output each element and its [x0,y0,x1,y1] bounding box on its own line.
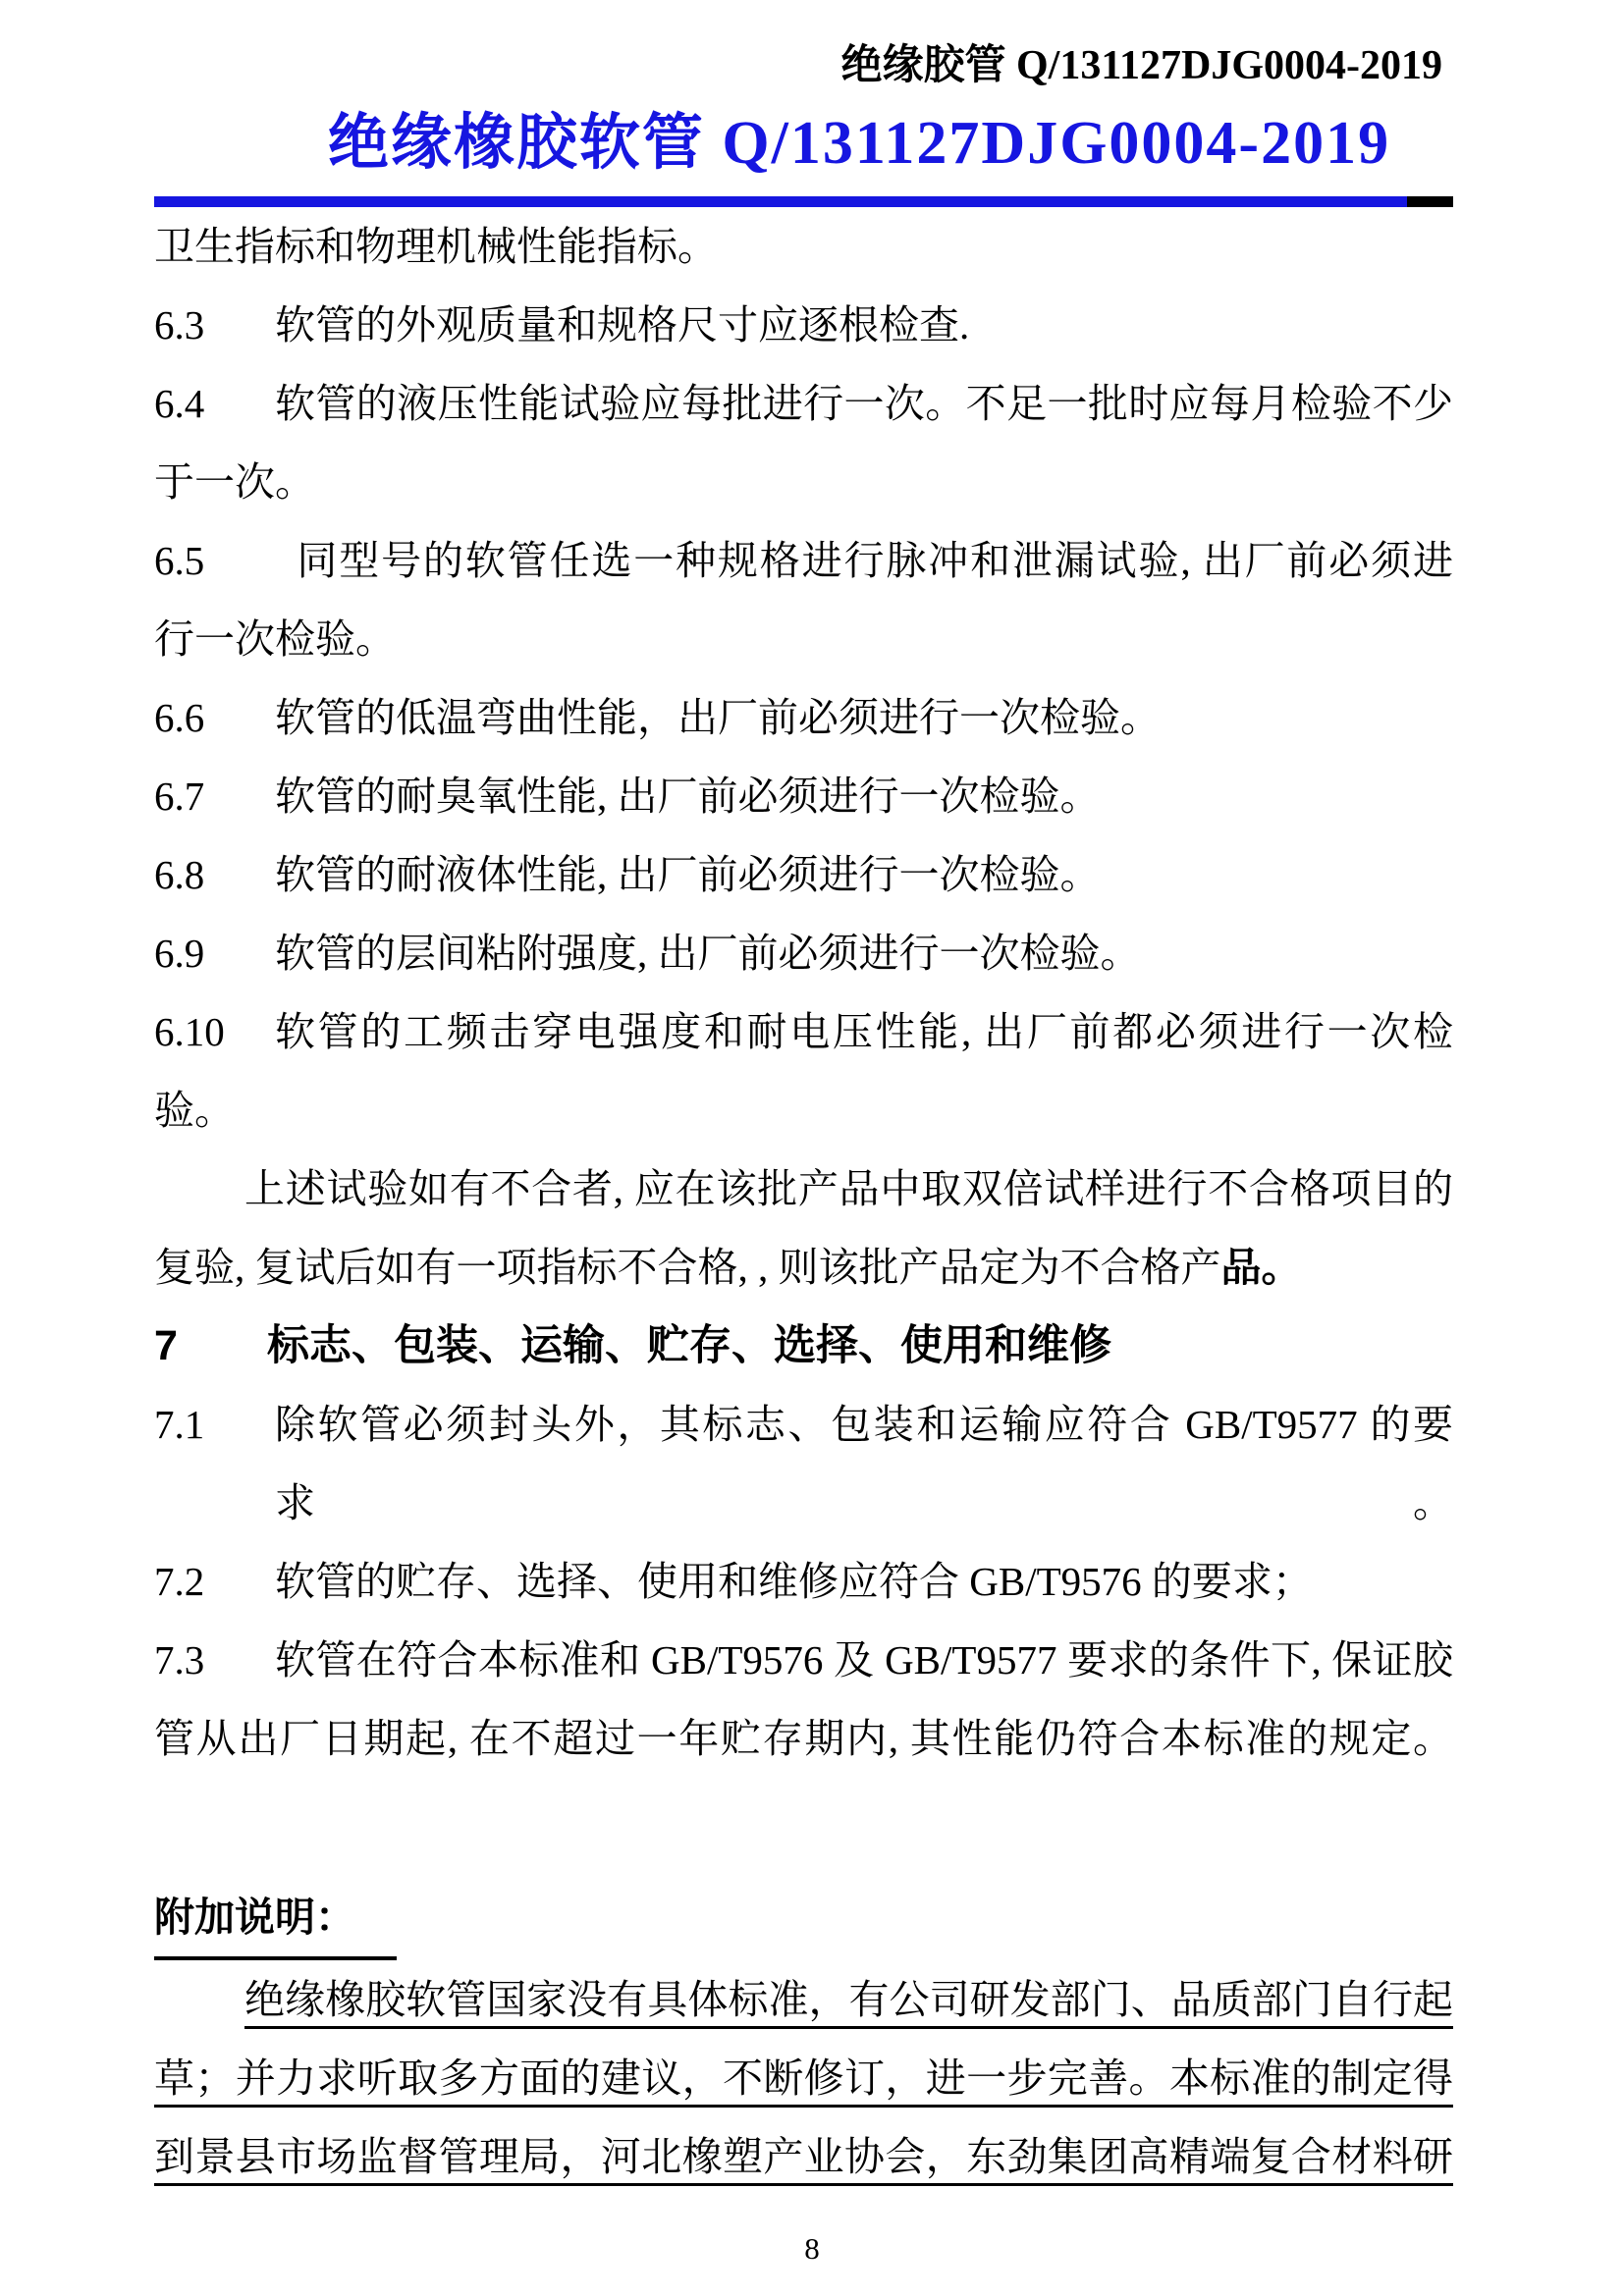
clause-6-9: 6.9 软管的层间粘附强度, 出厂前必须进行一次检验。 [154,914,1453,992]
clause-text: 软管的低温弯曲性能，出厂前必须进行一次检验。 [275,678,1453,757]
clause-6-3: 6.3 软管的外观质量和规格尺寸应逐根检查. [154,286,1453,364]
retest-para-text: 复验, 复试后如有一项指标不合格, , 则该批产品定为不合格产 [154,1245,1221,1290]
clause-number: 6.9 [154,914,275,992]
page-number: 8 [804,2231,820,2266]
doc-title: 绝缘橡胶软管 Q/131127DJG0004-2019 [0,96,1624,190]
clause-text: 软管的贮存、选择、使用和维修应符合 GB/T9576 的要求； [275,1542,1453,1621]
clause-number: 7.2 [154,1542,275,1621]
note-para-line-3: 到景县市场监督管理局，河北橡塑产业协会，东劲集团高精端复合材料研 [154,2117,1453,2196]
clause-6-4-continuation: 于一次。 [154,443,1453,521]
clause-text: 软管的耐液体性能, 出厂前必须进行一次检验。 [275,835,1453,914]
clause-number: 6.7 [154,757,275,835]
document-body: 卫生指标和物理机械性能指标。 6.3 软管的外观质量和规格尺寸应逐根检查. 6.… [154,207,1453,2196]
clause-number: 7.3 [154,1621,275,1699]
section-title: 标志、包装、运输、贮存、选择、使用和维修 [267,1307,1453,1385]
note-para-line-2: 草；并力求听取多方面的建议，不断修订，进一步完善。本标准的制定得 [154,2039,1453,2117]
clause-7-1: 7.1 除软管必须封头外，其标志、包装和运输应符合 GB/T9577 的要求。 [154,1385,1453,1542]
clause-number: 7.1 [154,1385,275,1542]
retest-para-line-1: 上述试验如有不合者, 应在该批产品中取双倍试样进行不合格项目的 [154,1149,1453,1228]
clause-6-10: 6.10 软管的工频击穿电强度和耐电压性能, 出厂前都必须进行一次检 [154,992,1453,1071]
clause-7-2: 7.2 软管的贮存、选择、使用和维修应符合 GB/T9576 的要求； [154,1542,1453,1621]
clause-7-3: 7.3 软管在符合本标准和 GB/T9576 及 GB/T9577 要求的条件下… [154,1621,1453,1699]
clause-6-5: 6.5 同型号的软管任选一种规格进行脉冲和泄漏试验, 出厂前必须进 [154,521,1453,600]
note-heading: 附加说明： [154,1878,1453,1960]
title-rule-blue-segment [154,196,1407,207]
header-doc-ref: 绝缘胶管 Q/131127DJG0004-2019 [0,0,1442,90]
title-rule [154,196,1453,207]
clause-number: 6.5 [154,521,275,600]
clause-text: 同型号的软管任选一种规格进行脉冲和泄漏试验, 出厂前必须进 [275,521,1453,600]
clause-7-3-continuation: 管从出厂日期起, 在不超过一年贮存期内, 其性能仍符合本标准的规定。 [154,1699,1453,1778]
note-para-line-1: 绝缘橡胶软管国家没有具体标准，有公司研发部门、品质部门自行起 [154,1960,1453,2039]
clause-text: 软管的外观质量和规格尺寸应逐根检查. [275,286,1453,364]
clause-number: 6.4 [154,364,275,443]
clause-6-7: 6.7 软管的耐臭氧性能, 出厂前必须进行一次检验。 [154,757,1453,835]
clause-text: 软管的层间粘附强度, 出厂前必须进行一次检验。 [275,914,1453,992]
clause-6-6: 6.6 软管的低温弯曲性能，出厂前必须进行一次检验。 [154,678,1453,757]
page-footer: 8 [0,2219,1624,2278]
clause-text: 软管在符合本标准和 GB/T9576 及 GB/T9577 要求的条件下, 保证… [275,1621,1453,1699]
section-7-heading: 7 标志、包装、运输、贮存、选择、使用和维修 [154,1307,1453,1385]
clause-6-4: 6.4 软管的液压性能试验应每批进行一次。不足一批时应每月检验不少 [154,364,1453,443]
clause-number: 6.6 [154,678,275,757]
section-number: 7 [154,1307,267,1385]
document-page: 绝缘胶管 Q/131127DJG0004-2019 绝缘橡胶软管 Q/13112… [0,0,1624,2296]
clause-6-10-continuation: 验。 [154,1071,1453,1149]
clause-text: 除软管必须封头外，其标志、包装和运输应符合 GB/T9577 的要求。 [275,1385,1453,1542]
para-continuation-hygiene: 卫生指标和物理机械性能指标。 [154,207,1453,286]
title-rule-black-end [1407,196,1453,207]
retest-para-bold-tail: 品。 [1221,1245,1302,1290]
note-heading-text: 附加说明： [154,1882,397,1960]
clause-number: 6.3 [154,286,275,364]
clause-text: 软管的液压性能试验应每批进行一次。不足一批时应每月检验不少 [275,364,1453,443]
clause-number: 6.8 [154,835,275,914]
retest-para-line-2: 复验, 复试后如有一项指标不合格, , 则该批产品定为不合格产品。 [154,1228,1453,1307]
clause-text: 软管的耐臭氧性能, 出厂前必须进行一次检验。 [275,757,1453,835]
clause-text: 软管的工频击穿电强度和耐电压性能, 出厂前都必须进行一次检 [275,992,1453,1071]
clause-6-5-continuation: 行一次检验。 [154,600,1453,678]
clause-6-8: 6.8 软管的耐液体性能, 出厂前必须进行一次检验。 [154,835,1453,914]
clause-number: 6.10 [154,992,275,1071]
